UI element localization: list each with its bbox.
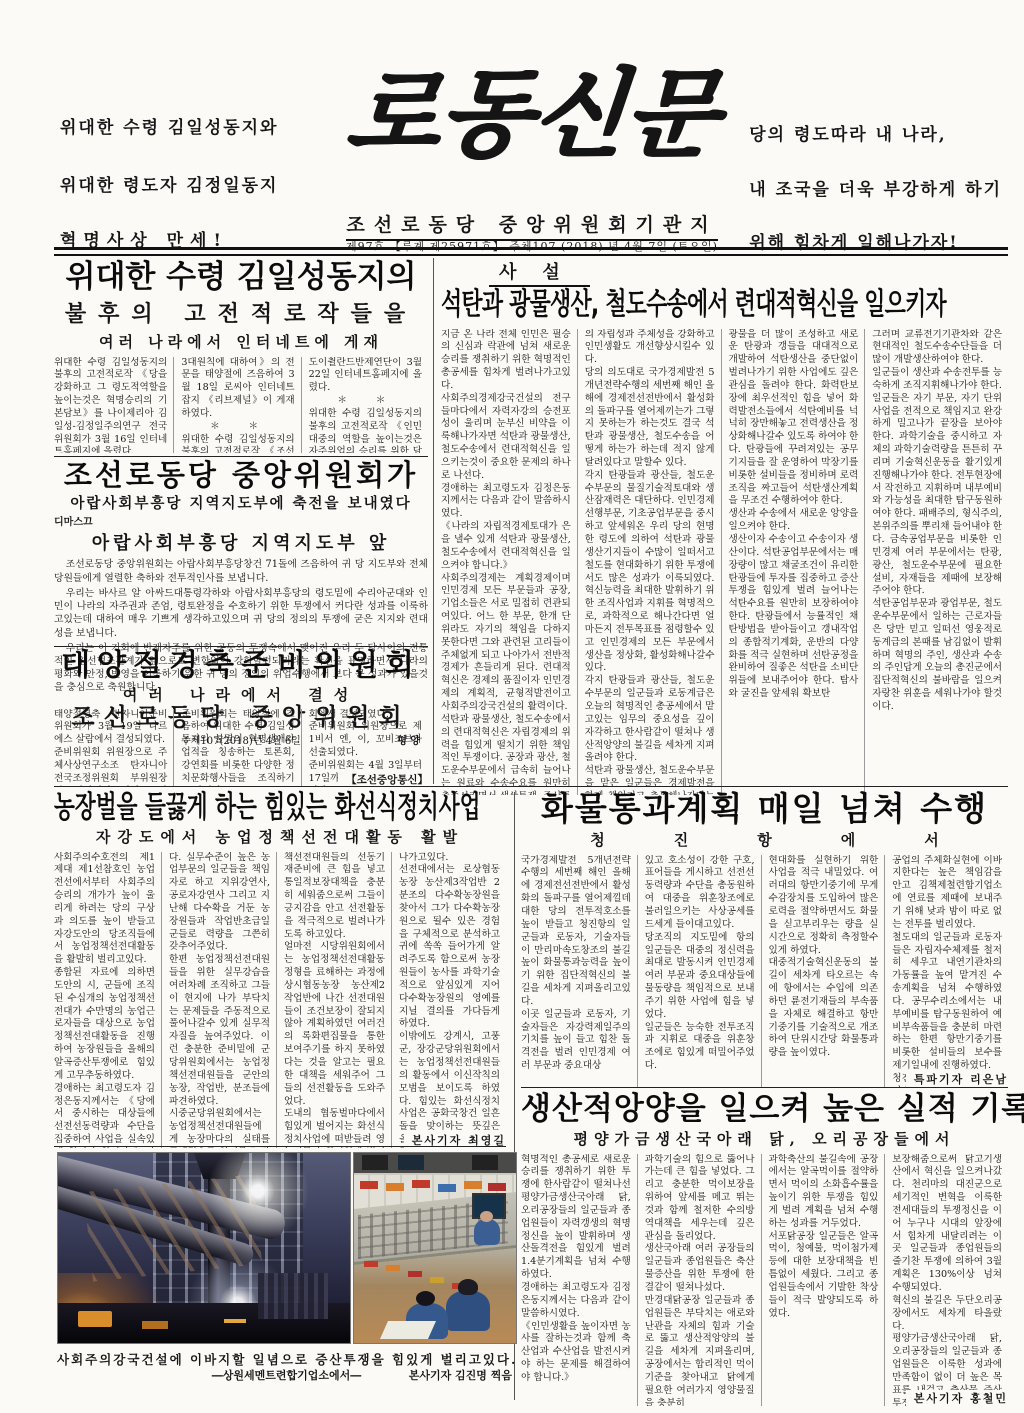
kim-works-headline: 위대한 수령 김일성동지의 [54,261,428,294]
kim-works-subhead: 불후의 고전적로작들을 [54,297,428,328]
masthead-right-slogans: 당의 령도따라 내 나라, 내 조국을 더욱 부강하게 하기 위해 힘차게 일해… [749,120,1002,253]
kim-works-col-2: 3대원칙에 대하여》의 전문을 태양절에 즈음하여 3월 18일 로씨아 인터네… [173,357,300,453]
cargo-col-4: 공업의 주체화실현에 이바지한다는 높은 책임감을 안고 김책제철련합기업소에 … [884,855,1008,1087]
cargo-body: 국가경제발전 5개년전략수행의 세번째 해인 올해에 경제전선전반에서 활성화의… [521,855,1008,1087]
newspaper-title: 로동신문 [332,66,732,162]
kim-works-body: 위대한 수령 김일성동지의 불후의 고전적로작 《당을 강화하고 그 령도적역할… [54,357,428,453]
poultry-headline: 생산적앙양을 일으켜 높은 실적 기록 [521,1093,1008,1126]
farm-subhead: 자강도에서 농업정책선전대활동 활발 [54,826,506,847]
editorial-col-4: 그러며 교류전기기관차와 같은 현대적인 철도수송수단들을 더 많이 개발생산하… [864,329,1008,795]
masthead-left-slogans: 위대한 수령 김일성동지와 위대한 령도자 김정일동지 혁명사상 만세! [60,113,278,251]
kim-works-col-3: 도이췰란드반제연단이 3월 22일 인터네트홈페지에 올렸다. ＊ ＊ 위대한 … [301,357,428,453]
article-kim-works: 위대한 수령 김일성동지의 불후의 고전적로작들을 여러 나라에서 인터네트에 … [54,261,428,453]
cargo-col-3: 현대화를 실현하기 위한 사업을 적극 내밀었다. 여러대의 항만기중기에 무게… [761,855,885,1087]
poultry-byline: 본사기자 홍철민 [906,1390,1008,1406]
slogan-left-2: 위대한 령도자 김정일동지 [60,171,278,196]
masthead-rule [54,247,1008,256]
editorial-body: 지금 온 나라 전체 인민은 필승의 신심과 락관에 넘쳐 새로운 승리를 쟁취… [441,329,1008,795]
cc-telegram-dateline: 디마스끄 [54,513,428,528]
farm-headline: 농장벌을 들끓게 하는 힘있는 화선식정치사업 [54,792,379,824]
cc-telegram-headline: 조선로동당 중앙위원회가 [54,460,428,490]
rule-left-1 [54,456,428,457]
slogan-right-1: 당의 령도따라 내 나라, [749,120,1002,145]
editorial-col-2: 의 자립성과 주체성을 강화하고 인민생활도 개선향상시킬수 있다. 당의 의도… [577,329,721,795]
rule-left-3 [54,1146,506,1147]
article-cargo: 화물통과계획 매일 넘쳐 수행 청진항에서 국가경제발전 5개년전략수행의 세번… [521,792,1008,1083]
poultry-subhead: 평양가금생산국아래 닭, 오리공장들에서 [521,1128,1008,1149]
farm-col-1: 사회주의수호전의 제1제대 제1선참호인 농업전선에서부터 사회주의승리의 개가… [54,852,161,1148]
farm-col-4: 나가고있다. 선전대에서는 로상협동농장 농산제3작업반 2분조의 다수확농장원… [391,852,506,1148]
slogan-right-2: 내 조국을 더욱 부강하게 하기 [749,175,1002,200]
farm-body: 사회주의수호전의 제1제대 제1선참호인 농업전선에서부터 사회주의승리의 개가… [54,852,506,1148]
article-sun-day: 태양절경축준비위원회 여러 나라에서 결성 태양절경축 탄자니아준비위원회가 3… [54,650,428,783]
article-poultry: 생산적앙양을 일으켜 높은 실적 기록 평양가금생산국아래 닭, 오리공장들에서… [521,1093,1008,1403]
sun-day-headline: 태양절경축준비위원회 [54,650,428,682]
rule-mid [54,786,1008,787]
sun-day-credit: 【조선중앙통신】 [338,772,428,787]
photo-caption: 사회주의강국건설에 이바지할 일념으로 증산투쟁을 힘있게 벌리고있다. [57,1350,516,1368]
photo-control-room [353,1152,517,1344]
article-cc-telegram: 조선로동당 중앙위원회가 아랍사회부흥당 지역지도부에 축전을 보내였다 디마스… [54,460,428,642]
cc-telegram-paragraph-2: 우리는 바사르 알 아싸드대통령각하와 아랍사회부흥당의 령도밑에 수리아군대와… [54,587,428,640]
poultry-col-1: 혁명적인 총공세로 새로운 승리를 쟁취하기 위한 투쟁에 한사람같이 떨쳐나선… [521,1154,637,1406]
cargo-col-2: 있고 호소성이 강한 구호, 표어들을 게시하고 선전선동력량과 수단을 총동원… [637,855,761,1087]
farm-col-2: 다. 실무수준이 높은 농업부문의 일군들을 책임자로 하고 지위강연사, 공로… [161,852,276,1148]
photo-credit: 본사기자 김진명 찍음 [409,1367,512,1383]
poultry-col-2: 과학기술의 힘으로 뚫어나가는데 큰 힘을 넣었다. 그리고 충분한 먹이보장을… [637,1154,761,1406]
editorial-headline: 석탄과 광물생산, 철도수송에서 련대적혁신을 일으키자 [441,289,855,321]
slogan-left-1: 위대한 수령 김일성동지와 [60,113,278,138]
cc-telegram-subhead: 아랍사회부흥당 지역지도부에 축전을 보내였다 [54,492,428,513]
farm-col-3: 책선전대원들의 선동기재준비에 큰 힘을 넣고 통일적보장대책을 충분히 세워줌… [276,852,391,1148]
rule-left-2 [54,646,428,647]
editorial-col-1: 지금 온 나라 전체 인민은 필승의 신심과 락관에 넘쳐 새로운 승리를 쟁취… [441,329,577,795]
cargo-byline: 특파기자 리은남 [906,1071,1008,1087]
article-farm: 농장벌을 들끓게 하는 힘있는 화선식정치사업 자강도에서 농업정책선전대활동 … [54,792,506,1143]
article-editorial: 사설 석탄과 광물생산, 철도수송에서 련대적혁신을 일으키자 지금 온 나라 … [441,258,1008,783]
poultry-body: 혁명적인 총공세로 새로운 승리를 쟁취하기 위한 투쟁에 한사람같이 떨쳐나선… [521,1154,1008,1406]
masthead: 위대한 수령 김일성동지와 위대한 령도자 김정일동지 혁명사상 만세! 로동신… [54,58,1008,248]
sun-day-body: 태양절경축 탄자니아준비위원회가 3월 19일 다르 에스 살람에서 결성되였다… [54,709,428,787]
sun-day-subhead: 여러 나라에서 결성 [54,684,428,705]
kim-works-col-1: 위대한 수령 김일성동지의 불후의 고전적로작 《당을 강화하고 그 령도적역할… [54,357,173,453]
editorial-label: 사설 [489,258,590,287]
poultry-col-4: 보장해줌으로써 닭고기생산에서 혁신을 일으켜나갔다. 천리마의 대진군으로 세… [884,1154,1008,1406]
poultry-col-3: 과학축산의 불길속에 공장에서는 알곡먹이를 절약하면서 먹이의 소화흡수률을 … [761,1154,885,1406]
cargo-subhead: 청진항에서 [521,829,1008,850]
divider-top [433,258,434,784]
newspaper-page: 위대한 수령 김일성동지와 위대한 령도자 김정일동지 혁명사상 만세! 로동신… [0,0,1024,1413]
cargo-col-1: 국가경제발전 5개년전략수행의 세번째 해인 올해에 경제전선전반에서 활성화의… [521,855,637,1087]
sun-day-col-1: 태양절경축 탄자니아준비위원회가 3월 19일 다르 에스 살람에서 결성되였다… [54,709,173,787]
cc-telegram-paragraph-1: 조선로동당 중앙위원회는 아랍사회부흥당창건 71돌에 즈음하여 귀 당 지도부… [54,558,428,584]
masthead-org-line: 조선로동당 중앙위원회기관지 [346,214,717,241]
cc-telegram-salutation: 아랍사회부흥당 지역지도부 앞 [54,529,428,555]
photo-block: 사회주의강국건설에 이바지할 일념으로 증산투쟁을 힘있게 벌리고있다. ―상원… [57,1152,516,1384]
photo-cement-plant-night [57,1152,351,1344]
rule-right-2 [521,1087,1008,1088]
sun-day-col-2: 준비위원회는 태양절에 즈음하여 위대한 수령 김일성동지의 불멸의 혁명생애와… [173,709,300,787]
cargo-headline: 화물통과계획 매일 넘쳐 수행 [521,792,1008,827]
editorial-col-3: 광물을 더 많이 조성하고 새로운 탄광과 갱들을 대대적으로 개발하여 석탄생… [721,329,865,795]
kim-works-subhead2: 여러 나라에서 인터네트에 게재 [54,331,428,352]
